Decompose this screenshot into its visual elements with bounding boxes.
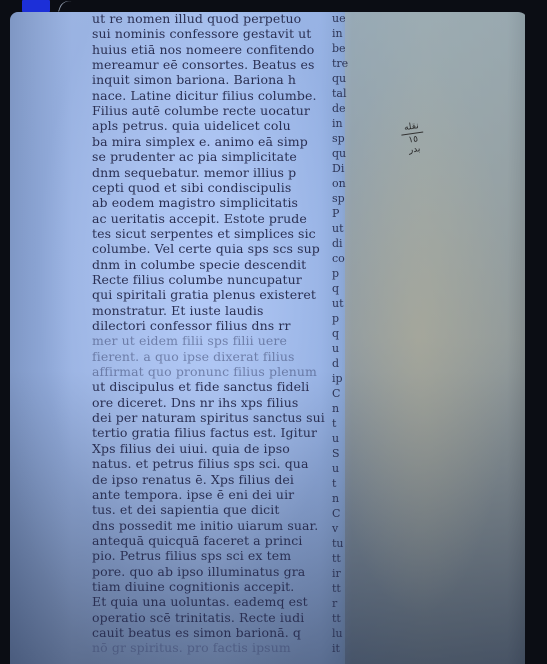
- text-line: dilectori confessor filius dns rr: [92, 319, 291, 333]
- text-line: Xps filius dei uiui. quia de ipso: [92, 442, 290, 456]
- text-line: nace. Latine dicitur filius columbe.: [92, 89, 317, 103]
- text-line: columbe. Vel certe quia sps scs sup: [92, 242, 320, 256]
- strip-text-line: tre: [332, 57, 348, 70]
- text-line: ba mira simplex e. animo eā simp: [92, 135, 308, 149]
- strip-text-line: lu: [332, 627, 343, 640]
- strip-text-line: ut: [332, 222, 344, 235]
- text-line: operatio scē trinitatis. Recte iudi: [92, 611, 304, 625]
- annotation-line: نقله: [403, 121, 419, 133]
- strip-text-line: P: [332, 207, 339, 220]
- strip-text-line: in: [332, 27, 343, 40]
- strip-text-line: r: [332, 597, 337, 610]
- text-line: Filius autē columbe recte uocatur: [92, 104, 310, 118]
- strip-text-line: it: [332, 642, 340, 655]
- strip-text-line: qu: [332, 72, 346, 85]
- strip-text-line: tal: [332, 87, 347, 100]
- text-line: cauit beatus es simon barionā. q: [92, 626, 301, 640]
- text-line: apls petrus. quia uidelicet colu: [92, 119, 291, 133]
- blank-page-area: [345, 12, 528, 664]
- strip-text-line: C: [332, 507, 340, 520]
- strip-text-line: ue: [332, 12, 346, 25]
- strip-text-line: t: [332, 477, 336, 490]
- strip-text-line: n: [332, 402, 339, 415]
- strip-text-line: u: [332, 462, 339, 475]
- marginal-annotation: نقله ١٥ بدر: [400, 121, 426, 157]
- text-line: antequā quicquā faceret a princi: [92, 534, 302, 548]
- text-line: pio. Petrus filius sps sci ex tem: [92, 549, 291, 563]
- strip-text-line: tt: [332, 582, 341, 595]
- strip-text-line: u: [332, 432, 339, 445]
- text-line: sui nominis confessore gestavit ut: [92, 27, 311, 41]
- text-line: ante tempora. ipse ē eni dei uir: [92, 488, 294, 502]
- strip-text-line: di: [332, 237, 343, 250]
- strip-text-line: Di: [332, 162, 344, 175]
- text-line: ac ueritatis accepit. Estote prude: [92, 212, 307, 226]
- strip-text-line: p: [332, 267, 339, 280]
- text-line: se prudenter ac pia simplicitate: [92, 150, 297, 164]
- text-line: Recte filius columbe nuncupatur: [92, 273, 302, 287]
- text-line: tiam diuine cognitionis accepit.: [92, 580, 294, 594]
- text-line: mer ut eidem filii sps filii uere: [92, 334, 287, 348]
- strip-text-line: tt: [332, 552, 341, 565]
- text-line: de ipso renatus ē. Xps filius dei: [92, 473, 294, 487]
- strip-text-line: de: [332, 102, 346, 115]
- strip-text-line: q: [332, 327, 339, 340]
- text-line: affirmat quo pronunc filius plenum: [92, 365, 317, 379]
- text-line: dns possedit me initio uiarum suar.: [92, 519, 318, 533]
- strip-text-line: be: [332, 42, 346, 55]
- strip-text-line: sp: [332, 132, 345, 145]
- background-edge: [525, 0, 547, 664]
- strip-text-line: qu: [332, 147, 346, 160]
- text-line: natus. et petrus filius sps sci. qua: [92, 457, 309, 471]
- strip-text-line: ir: [332, 567, 341, 580]
- strip-text-line: on: [332, 177, 346, 190]
- strip-text-line: tu: [332, 537, 344, 550]
- text-line: ab eodem magistro simplicitatis: [92, 196, 298, 210]
- text-line: qui spiritali gratia plenus existeret: [92, 288, 316, 302]
- strip-text-line: v: [332, 522, 338, 535]
- text-line: dnm in columbe specie descendit: [92, 258, 306, 272]
- text-line: inquit simon bariona. Bariona h: [92, 73, 296, 87]
- text-line: tus. et dei sapientia que dicit: [92, 503, 280, 517]
- strip-text-line: C: [332, 387, 340, 400]
- strip-text-line: ip: [332, 372, 343, 385]
- text-line: fierent. a quo ipse dixerat filius: [92, 350, 295, 364]
- text-line: pore. quo ab ipso illuminatus gra: [92, 565, 305, 579]
- text-line: Et quia una uoluntas. eademq est: [92, 595, 308, 609]
- text-line: dnm sequebatur. memor illius p: [92, 166, 296, 180]
- strip-text-line: u: [332, 342, 339, 355]
- strip-text-line: in: [332, 117, 343, 130]
- text-line: mereamur eē consortes. Beatus es: [92, 58, 314, 72]
- text-line: huius etiā nos nomeere confitendo: [92, 43, 314, 57]
- text-line: tes sicut serpentes et simplices sic: [92, 227, 316, 241]
- text-line: dei per naturam spiritus sanctus sui: [92, 411, 325, 425]
- strip-text-line: d: [332, 357, 339, 370]
- manuscript-leaf: ut re nomen illud quod perpetuosui nomin…: [10, 12, 528, 664]
- text-line: monstratur. Et iuste laudis: [92, 304, 264, 318]
- strip-text-line: ut: [332, 297, 344, 310]
- corner-marker: [22, 0, 50, 12]
- text-line: ut discipulus et fide sanctus fideli: [92, 380, 309, 394]
- strip-text-line: S: [332, 447, 340, 460]
- text-line: cepti quod et sibi condiscipulis: [92, 181, 291, 195]
- strip-text-line: sp: [332, 192, 345, 205]
- strip-text-line: tt: [332, 612, 341, 625]
- strip-text-line: co: [332, 252, 345, 265]
- text-line: nō gr spiritus. pro factis ipsum: [92, 641, 291, 655]
- text-line: tertio gratia filius factus est. Igitur: [92, 426, 317, 440]
- strip-text-line: t: [332, 417, 336, 430]
- strip-text-line: q: [332, 282, 339, 295]
- text-line: ut re nomen illud quod perpetuo: [92, 12, 301, 26]
- strip-text-line: n: [332, 492, 339, 505]
- strip-text-line: p: [332, 312, 339, 325]
- text-line: ore diceret. Dns nr ihs xps filius: [92, 396, 298, 410]
